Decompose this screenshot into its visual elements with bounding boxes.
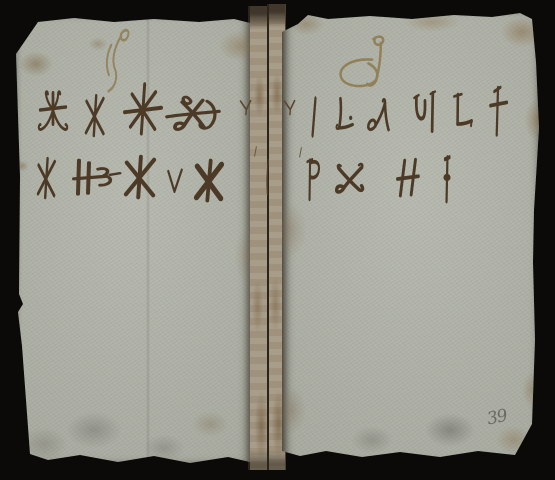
flourish-right-mark <box>330 34 392 98</box>
symbol-crossed-x <box>80 94 110 140</box>
symbol-l-with-dot <box>327 96 359 138</box>
small-tick <box>252 146 259 157</box>
small-tick <box>297 147 304 158</box>
symbol-open-p <box>302 156 328 204</box>
symbol-curled-asterisk <box>36 90 70 140</box>
photo-background: 39 <box>0 0 555 480</box>
check-mark <box>238 99 256 116</box>
ink-stroke <box>263 160 272 194</box>
symbol-he-ligature <box>72 158 122 198</box>
check-mark <box>282 99 300 116</box>
symbol-eight-spoke-asterisk <box>122 82 164 138</box>
symbol-needle-bead <box>436 153 458 205</box>
symbol-v <box>162 163 188 197</box>
symbol-l-serif <box>447 90 479 136</box>
symbol-crossed-x <box>118 154 162 202</box>
symbol-chi-with-stroke <box>409 88 443 138</box>
symbol-cursive-x <box>328 158 370 202</box>
symbol-crossed-x-bold <box>188 158 230 204</box>
symbol-crossed-x <box>32 156 62 202</box>
symbol-looped-ligature <box>166 92 220 138</box>
symbol-cursive-d <box>363 93 399 139</box>
symbol-vertical-stroke <box>307 97 321 137</box>
symbol-dagger-cross <box>482 84 514 138</box>
symbol-slanted-h <box>391 156 427 202</box>
ink-symbols-layer <box>0 0 555 480</box>
